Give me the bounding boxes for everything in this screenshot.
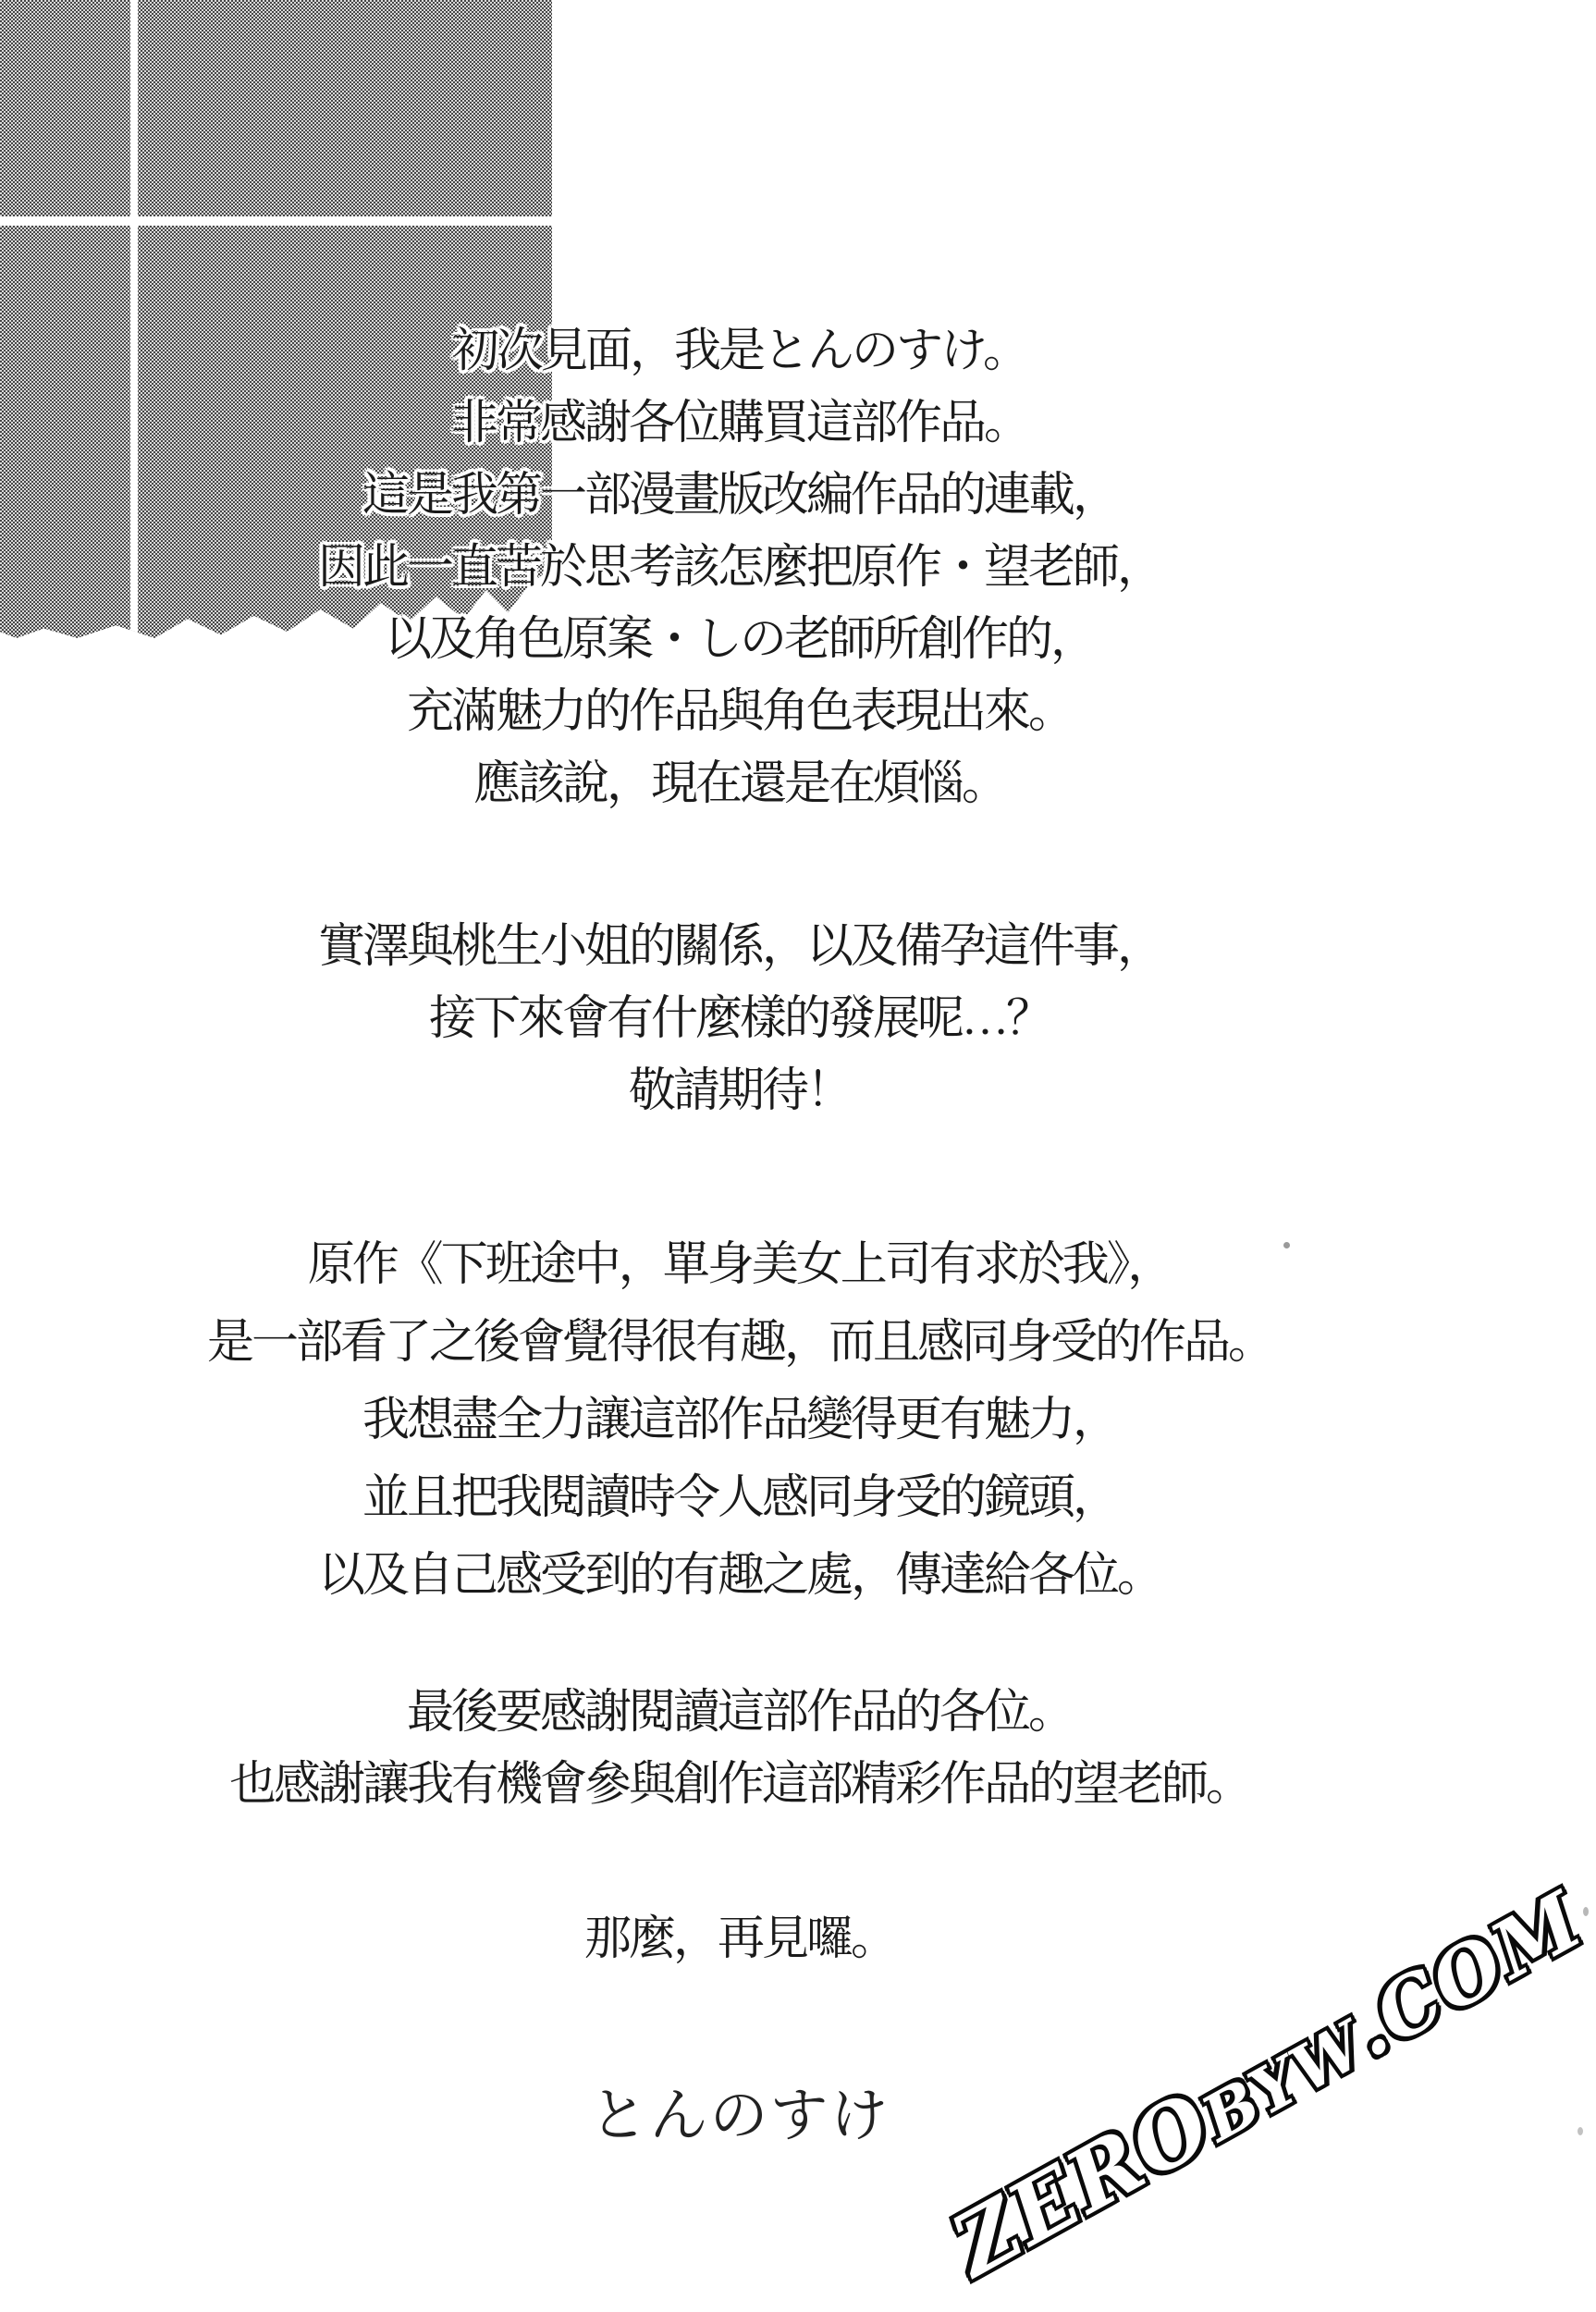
afterword-line: 原作《下班途中，單身美女上司有求於我》， <box>0 1226 1479 1304</box>
afterword-line: 我想盡全力讓這部作品變得更有魅力， <box>0 1382 1479 1459</box>
afterword-line: 也感謝讓我有機會參與創作這部精彩作品的望老師。 <box>0 1749 1479 1821</box>
afterword-line: 應該說，現在還是在煩惱。 <box>0 748 1479 820</box>
afterword-paragraph-thanks: 最後要感謝閱讀這部作品的各位。 也感謝讓我有機會參與創作這部精彩作品的望老師。 <box>0 1677 1479 1821</box>
afterword-line: 實澤與桃生小姐的關係，以及備孕這件事， <box>0 911 1479 983</box>
afterword-line: 是一部看了之後會覺得很有趣，而且感同身受的作品。 <box>0 1304 1479 1382</box>
afterword-line: 敬請期待！ <box>0 1055 1479 1127</box>
scan-speck <box>1583 1907 1589 1916</box>
afterword-line: 以及自己感受到的有趣之處，傳達給各位。 <box>0 1537 1479 1615</box>
scan-speck <box>1578 2127 1583 2135</box>
afterword-line: 因此一直苦於思考該怎麼把原作・望老師， <box>0 532 1479 604</box>
afterword-line: 最後要感謝閱讀這部作品的各位。 <box>0 1677 1479 1749</box>
afterword-paragraph-farewell: 那麼，再見囉。 <box>0 1903 1479 1975</box>
halftone-horizontal-gutter <box>0 216 552 226</box>
afterword-paragraph-original-work: 原作《下班途中，單身美女上司有求於我》， 是一部看了之後會覺得很有趣，而且感同身… <box>0 1226 1479 1615</box>
afterword-line: 非常感謝各位購買這部作品。 <box>0 387 1479 460</box>
afterword-line: 初次見面，我是とんのすけ。 <box>0 315 1479 387</box>
scan-speck <box>1283 1242 1290 1248</box>
afterword-line: 充滿魅力的作品與角色表現出來。 <box>0 676 1479 748</box>
afterword-paragraph-teaser: 實澤與桃生小姐的關係，以及備孕這件事， 接下來會有什麼樣的發展呢…？ 敬請期待！ <box>0 911 1479 1127</box>
afterword-line: 以及角色原案・しの老師所創作的， <box>0 604 1479 676</box>
afterword-line: 這是我第一部漫畫版改編作品的連載， <box>0 460 1479 532</box>
afterword-line: 並且把我閱讀時令人感同身受的鏡頭， <box>0 1459 1479 1537</box>
afterword-line: 接下來會有什麼樣的發展呢…？ <box>0 983 1479 1055</box>
afterword-page: 初次見面，我是とんのすけ。 非常感謝各位購買這部作品。 這是我第一部漫畫版改編作… <box>0 0 1596 2312</box>
afterword-line: 那麼，再見囉。 <box>0 1903 1479 1975</box>
afterword-paragraph-greeting: 初次見面，我是とんのすけ。 非常感謝各位購買這部作品。 這是我第一部漫畫版改編作… <box>0 315 1479 820</box>
